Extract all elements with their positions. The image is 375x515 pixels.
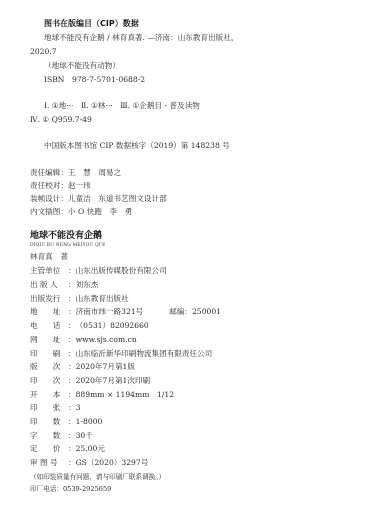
detail-label: 主管单位 bbox=[30, 266, 68, 276]
detail-price: 定 价：25.00元 bbox=[30, 444, 105, 454]
detail-value: 济南市纬一路321号 bbox=[76, 307, 144, 317]
detail-website: 网 址：www.sjs.com.cn bbox=[30, 335, 137, 345]
credit-value: 小 O 快跑 李 勇 bbox=[68, 207, 132, 216]
book-title-pinyin: DIQIU BU NENG MEIYOU QI'E bbox=[30, 243, 106, 248]
credit-designer: 装帧设计：儿童洁 东道书艺图文设计部 bbox=[30, 193, 167, 204]
detail-label: 出 版 人 bbox=[30, 280, 68, 290]
credit-proofreader: 责任校对：赵一玮 bbox=[30, 180, 91, 191]
detail-format: 开 本：889mm × 1194mm 1/12 bbox=[30, 390, 174, 400]
credit-value: 赵一玮 bbox=[68, 181, 91, 190]
credit-label: 装帧设计： bbox=[30, 194, 68, 203]
cip-subjects-line2: Ⅳ. ① Q959.7-49 bbox=[30, 115, 92, 125]
detail-label: 地 址 bbox=[30, 307, 68, 317]
detail-printer: 印 刷：山东临沂新华印刷物流集团有限责任公司 bbox=[30, 349, 212, 359]
credit-label: 责任编辑： bbox=[30, 168, 68, 177]
detail-address: 地 址：济南市纬一路321号邮编：250001 bbox=[30, 307, 221, 317]
detail-label: 出版发行 bbox=[30, 294, 68, 304]
detail-map-review-number: 审 图 号：GS（2020）3297号 bbox=[30, 458, 148, 468]
detail-label: 定 价 bbox=[30, 444, 68, 454]
detail-publisher-person: 出 版 人：刘东杰 bbox=[30, 280, 98, 290]
credit-editor: 责任编辑：王 慧 周易之 bbox=[30, 167, 121, 178]
credit-value: 王 慧 周易之 bbox=[68, 168, 121, 177]
credit-illustrator: 内文插图：小 O 快跑 李 勇 bbox=[30, 206, 132, 217]
credit-value: 儿童洁 东道书艺图文设计部 bbox=[68, 194, 167, 203]
detail-label: 印 刷 bbox=[30, 349, 68, 359]
cip-isbn: ISBN 978-7-5701-0688-2 bbox=[44, 75, 145, 85]
cip-record-number: 中国版本图书馆 CIP 数据核字（2019）第 148238 号 bbox=[44, 141, 230, 151]
detail-value: 2020年7月第1次印刷 bbox=[76, 376, 151, 386]
detail-value: 山东临沂新华印刷物流集团有限责任公司 bbox=[76, 349, 213, 359]
detail-label: 印 张 bbox=[30, 403, 68, 413]
detail-print-run: 印 数：1-8000 bbox=[30, 417, 102, 427]
detail-label: 审 图 号 bbox=[30, 458, 68, 468]
detail-postcode: 邮编：250001 bbox=[169, 307, 221, 317]
copyright-page: 图书在版编目（CIP）数据 地球不能没有企鹅 / 林育真著. —济南：山东教育出… bbox=[0, 0, 375, 515]
detail-value: 889mm × 1194mm 1/12 bbox=[76, 390, 174, 400]
detail-value: 25.00元 bbox=[76, 444, 105, 454]
detail-label: 版 次 bbox=[30, 362, 68, 372]
factory-phone: 印厂电话：0539-2925659 bbox=[30, 484, 111, 494]
detail-sheets: 印 张：3 bbox=[30, 403, 80, 413]
detail-edition: 版 次：2020年7月第1版 bbox=[30, 362, 135, 372]
detail-value: 30千 bbox=[76, 431, 93, 441]
detail-publisher: 出版发行：山东教育出版社 bbox=[30, 294, 129, 304]
detail-phone: 电 话：（0531）82092660 bbox=[30, 321, 149, 331]
detail-label: 开 本 bbox=[30, 390, 68, 400]
detail-value: 山东教育出版社 bbox=[76, 294, 129, 304]
detail-printing: 印 次：2020年7月第1次印刷 bbox=[30, 376, 150, 386]
credit-label: 责任校对： bbox=[30, 181, 68, 190]
detail-value: （0531）82092660 bbox=[76, 321, 149, 331]
cip-subjects-line1: Ⅰ. ①地··· Ⅱ. ①林··· Ⅲ. ①企鹅目 - 普及读物 bbox=[44, 101, 200, 111]
detail-label: 字 数 bbox=[30, 431, 68, 441]
detail-supervisor: 主管单位：山东出版传媒股份有限公司 bbox=[30, 266, 167, 276]
detail-value: 1-8000 bbox=[76, 417, 103, 427]
cip-entry-line2: 2020.7 bbox=[30, 47, 57, 57]
detail-label: 印 数 bbox=[30, 417, 68, 427]
detail-label: 印 次 bbox=[30, 376, 68, 386]
detail-value: 刘东杰 bbox=[76, 280, 99, 290]
detail-word-count: 字 数：30千 bbox=[30, 431, 93, 441]
detail-value: GS（2020）3297号 bbox=[76, 458, 149, 468]
detail-label: 电 话 bbox=[30, 321, 68, 331]
detail-label: 网 址 bbox=[30, 335, 68, 345]
detail-value: 山东出版传媒股份有限公司 bbox=[76, 266, 167, 276]
cip-entry-line1: 地球不能没有企鹅 / 林育真著. —济南：山东教育出版社， bbox=[44, 33, 238, 43]
detail-value: 3 bbox=[76, 403, 81, 413]
book-author: 林育真 著 bbox=[30, 252, 68, 262]
detail-value: 2020年7月第1版 bbox=[76, 362, 135, 372]
quality-notice: （如印装质量有问题，请与印刷厂联系调换。） bbox=[30, 472, 165, 482]
cip-series: （地球不能没有动物） bbox=[44, 61, 120, 71]
book-title: 地球不能没有企鹅 bbox=[30, 228, 102, 241]
detail-value: www.sjs.com.cn bbox=[76, 335, 137, 345]
credit-label: 内文插图： bbox=[30, 207, 68, 216]
cip-heading: 图书在版编目（CIP）数据 bbox=[44, 18, 139, 29]
